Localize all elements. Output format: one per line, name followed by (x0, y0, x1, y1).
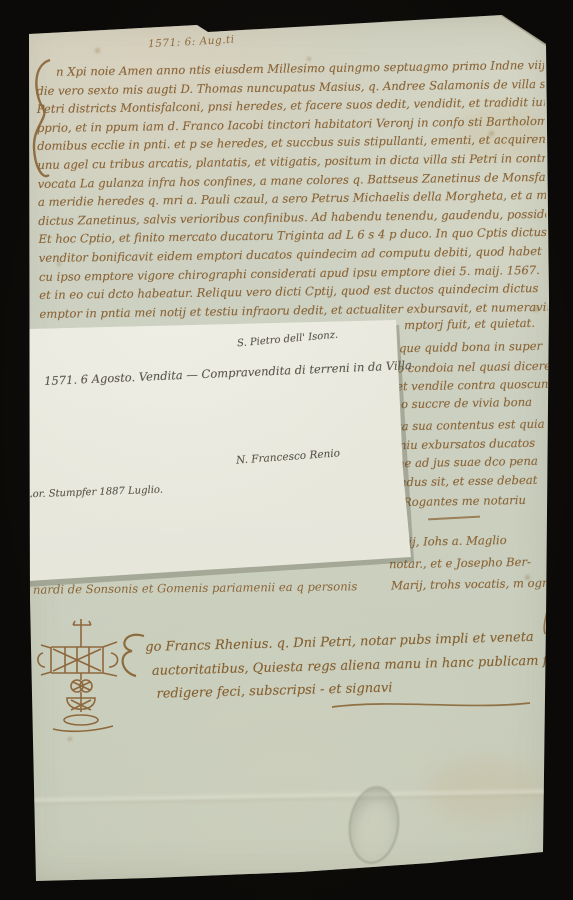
main-text-block: n Xpi noie Amen anno ntis eiusdem Milles… (36, 56, 548, 323)
notarial-sign-icon (33, 616, 125, 738)
header-date: 1571: 6: Aug.ti (148, 34, 235, 51)
text-fragment: ne ad jus suae dco pena (397, 454, 538, 470)
signature-flourish (330, 697, 535, 713)
text-fragment: mptorj fuit, et quietat. (404, 316, 535, 332)
text-fragment: et vendile contra quoscunq (396, 377, 556, 394)
ego-initial-flourish-icon (116, 630, 148, 680)
foxing-spot (95, 48, 100, 53)
text-fragment: o succre de vivia bona (401, 395, 532, 411)
text-fragment: niu exbursatos ducatos (399, 436, 535, 452)
document-page: 1571: 6: Aug.ti n Xpi noie Amen anno nti… (0, 0, 573, 900)
text-fragment: Rogantes me notariu (403, 493, 526, 509)
text-fragment: ndus sit, et esse debeat (399, 473, 538, 489)
text-fragment: Marij, trohs vocatis, m ogniu (391, 576, 561, 593)
text-fragment: ta sua contentus est quia (397, 417, 545, 434)
manuscript-scan: 1571: 6: Aug.ti n Xpi noie Amen anno nti… (0, 0, 573, 900)
pen-stroke-divider (428, 516, 480, 521)
text-fragment: o condoia nel quasi dicere (397, 359, 551, 376)
notary-subscription: go Francs Rhenius. q. Dni Petri, notar p… (145, 625, 558, 706)
text-fragment: que quidd bona in super (399, 339, 542, 355)
corner-fold-line (501, 14, 547, 46)
